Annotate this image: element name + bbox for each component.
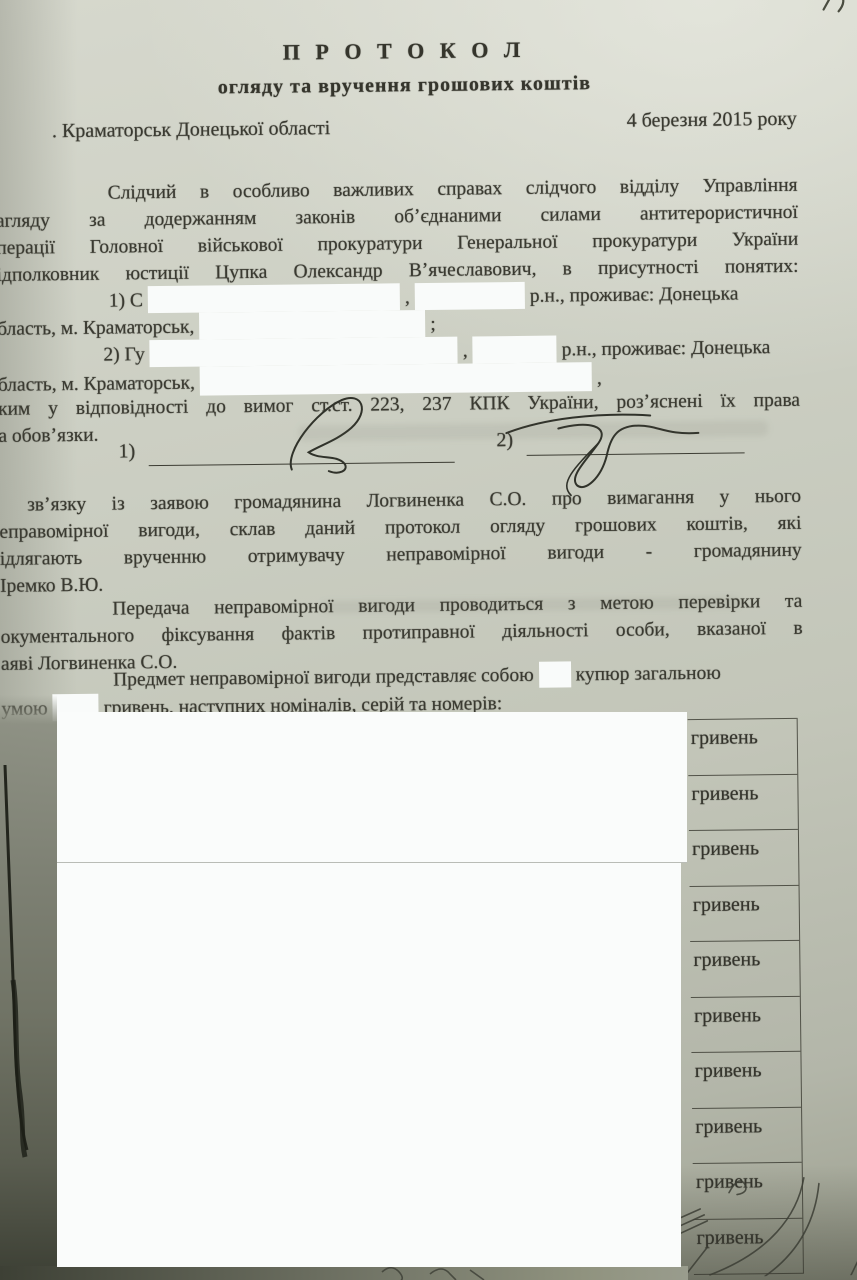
redaction-seam-line <box>57 862 687 863</box>
bottom-edge-shadow <box>0 1266 688 1280</box>
redaction-box-large-bottom <box>57 863 681 1267</box>
left-page-edge-shadow <box>0 695 57 1280</box>
corner-mark-12 <box>823 0 843 11</box>
page-edge-line <box>0 695 57 1280</box>
scanned-document-photo: П Р О Т О К О Л огляду та вручення грошо… <box>0 0 857 1280</box>
redaction-box-large-top <box>57 712 687 863</box>
